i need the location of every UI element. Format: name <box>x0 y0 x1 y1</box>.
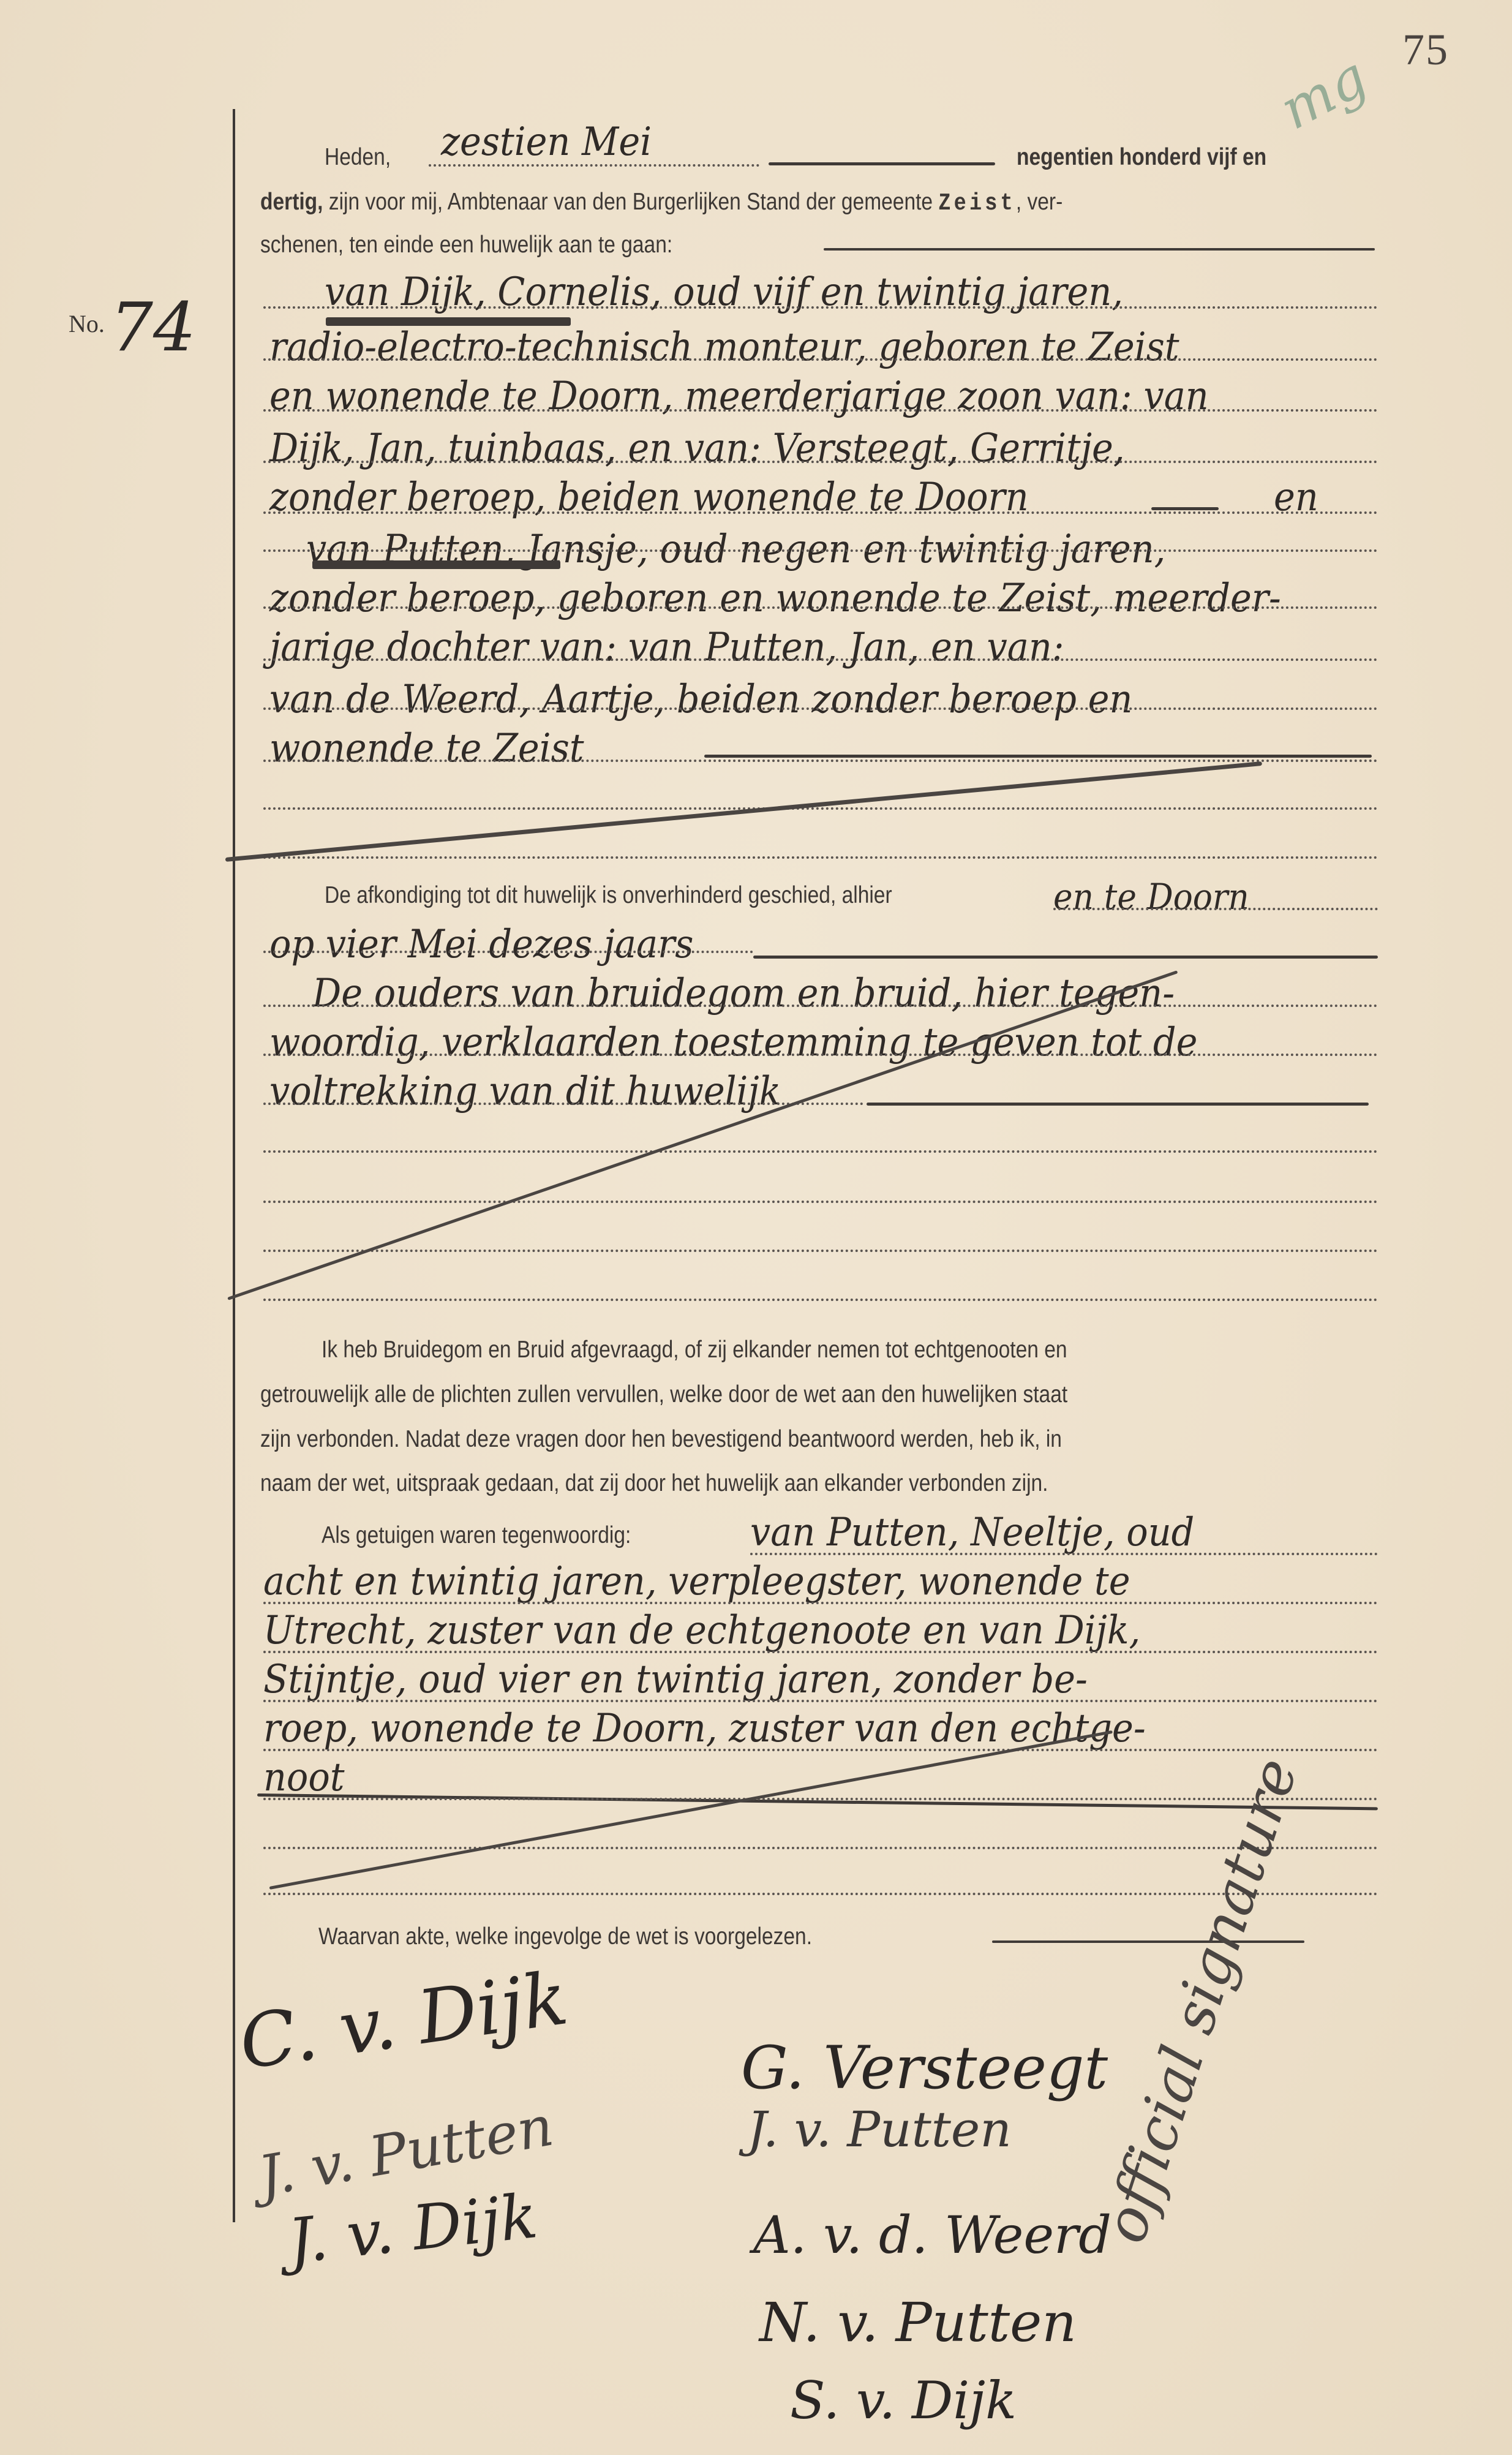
signature-bride-father: J. v. Putten <box>747 2101 1012 2158</box>
dotted-line <box>263 1201 1378 1203</box>
witness-line-2: acht en twintig jaren, verpleegster, won… <box>263 1559 1130 1604</box>
intro-line-2: dertig, zijn voor mij, Ambtenaar van den… <box>260 189 1063 217</box>
witness-fill-rule <box>257 1793 1378 1810</box>
witness-line-3: Utrecht, zuster van de echtgenoote en va… <box>263 1608 1140 1653</box>
witness-line-5: roep, wonende te Doorn, zuster van den e… <box>263 1706 1146 1751</box>
date-dotted-line <box>429 164 759 167</box>
municipality: Zeist <box>938 190 1015 217</box>
signature-groom: C. v. Dijk <box>235 1956 573 2086</box>
dotted-line <box>263 1250 1378 1252</box>
dotted-line <box>263 549 1378 552</box>
dotted-line <box>263 707 1378 710</box>
bride-name-underline <box>312 560 560 569</box>
signature-bride-mother: A. v. d. Weerd <box>753 2205 1111 2265</box>
dotted-line <box>263 1054 1378 1056</box>
clerk-initials: mg <box>1270 45 1378 143</box>
dotted-line <box>263 1847 1378 1849</box>
dotted-line <box>263 461 1378 463</box>
cancel-stroke <box>225 761 1262 862</box>
marriage-date: zestien Mei <box>441 119 652 165</box>
groom-line-3: en wonende te Doorn, meerderjarige zoon … <box>269 374 1209 419</box>
dotted-line <box>263 1150 1378 1153</box>
dotted-line <box>263 807 1378 810</box>
closing-text: Waarvan akte, welke ingevolge de wet is … <box>318 1923 812 1950</box>
dotted-line <box>263 606 1378 609</box>
bride-fill-rule <box>704 755 1372 758</box>
intro-line-2-text: zijn voor mij, Ambtenaar van den Burgerl… <box>329 189 933 215</box>
signature-official: official signature <box>1090 1750 1311 2250</box>
dotted-line <box>263 1651 1378 1653</box>
groom-line-4: Dijk, Jan, tuinbaas, en van: Versteegt, … <box>269 426 1125 471</box>
intro-line-3: schenen, ten einde een huwelijk aan te g… <box>260 232 672 258</box>
dotted-line <box>263 1005 1378 1007</box>
register-number-label: No. <box>69 309 105 338</box>
ceremony-line-1: Ik heb Bruidegom en Bruid afgevraagd, of… <box>322 1337 1067 1363</box>
dotted-line <box>263 1103 863 1105</box>
dotted-line <box>263 1299 1378 1301</box>
dotted-line <box>263 306 1378 309</box>
date-fill-rule <box>769 162 995 165</box>
dotted-line <box>263 1749 1378 1751</box>
ceremony-line-3: zijn verbonden. Nadat deze vragen door h… <box>260 1426 1062 1453</box>
intro-line-2-end: , ver- <box>1016 189 1063 215</box>
bride-line-4: van de Weerd, Aartje, beiden zonder bero… <box>269 677 1132 722</box>
margin-rule <box>233 109 235 2222</box>
dotted-line <box>263 856 1378 859</box>
witness-line-4: Stijntje, oud vier en twintig jaren, zon… <box>263 1657 1088 1702</box>
year-text: negentien honderd vijf en <box>1017 144 1266 171</box>
dotted-line <box>263 409 1378 412</box>
consent-line-3: voltrekking van dit huwelijk <box>269 1069 781 1114</box>
consent-fill-rule <box>867 1103 1369 1106</box>
groom-fill-rule <box>1151 507 1219 510</box>
dotted-line <box>750 1553 1378 1555</box>
dotted-line <box>263 1798 1378 1800</box>
groom-line-2: radio-electro-technisch monteur, geboren… <box>269 325 1179 370</box>
signature-witness-2: S. v. Dijk <box>790 2370 1017 2430</box>
consent-line-2: woordig, verklaarden toestemming te geve… <box>269 1020 1197 1065</box>
dotted-line <box>263 511 1378 514</box>
register-number-value: 74 <box>110 288 196 366</box>
page-number: 75 <box>1402 25 1449 75</box>
consent-line-1: De ouders van bruidegom en bruid, hier t… <box>312 971 1175 1016</box>
heden-label: Heden, <box>325 144 391 171</box>
signature-witness-1: N. v. Putten <box>759 2291 1077 2354</box>
cancel-stroke <box>269 1730 1113 1890</box>
closing-fill-rule <box>992 1940 1304 1943</box>
witness-line-1: van Putten, Neeltje, oud <box>750 1510 1194 1555</box>
intro-fill-rule <box>824 248 1375 251</box>
proclamation-date: op vier Mei dezes jaars <box>269 922 694 967</box>
signature-groom-mother: G. Versteegt <box>741 2034 1108 2102</box>
ceremony-line-2: getrouwelijk alle de plichten zullen ver… <box>260 1381 1067 1408</box>
dotted-line <box>263 1700 1378 1702</box>
document-page: 75 mg No. 74 Heden, zestien Mei negentie… <box>0 0 1512 2455</box>
dotted-line <box>263 1602 1378 1604</box>
bride-line-3: jarige dochter van: van Putten, Jan, en … <box>269 625 1064 670</box>
witnesses-label: Als getuigen waren tegenwoordig: <box>322 1522 631 1549</box>
bride-line-2: zonder beroep, geboren en wonende te Zei… <box>269 576 1281 621</box>
dotted-line <box>263 951 753 953</box>
dotted-line <box>263 658 1378 661</box>
proclamation-text: De afkondiging tot dit huwelijk is onver… <box>325 882 892 909</box>
proclamation-place: en te Doorn <box>1053 876 1249 918</box>
proclamation-fill-rule <box>753 956 1378 959</box>
dotted-line <box>263 760 1378 762</box>
dotted-line <box>263 358 1378 361</box>
ceremony-line-4: naam der wet, uitspraak gedaan, dat zij … <box>260 1470 1048 1497</box>
year-end: dertig, <box>260 189 323 215</box>
bride-line-5: wonende te Zeist <box>269 726 584 771</box>
dotted-line <box>1053 908 1378 910</box>
